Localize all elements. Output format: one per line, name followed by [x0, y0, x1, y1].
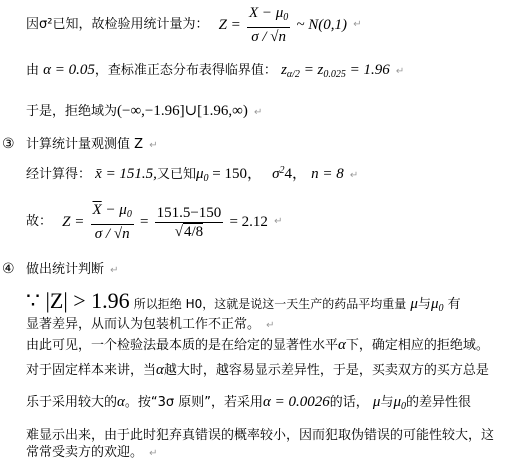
- text: 常常受卖方的欢迎。: [26, 445, 143, 460]
- text: 所以拒绝 H0，这就是说这一天生产的药品平均重量: [134, 297, 406, 311]
- line-remark-3: 乐于采用较大的α。按“3σ 原则”，若采用α = 0.0026的话， μ与μ0的…: [26, 394, 471, 415]
- line-computed-values: 经计算得： x̄ = 151.5,又已知μ0 = 150， σ24， n = 8…: [26, 163, 358, 187]
- frac-denominator: √4/8: [155, 223, 224, 241]
- formula-rejection-region: (−∞,−1.96]∪[1.96,∞): [117, 103, 248, 119]
- mu0-value: = 150，: [208, 166, 261, 182]
- paragraph-mark-icon: ↵: [353, 19, 361, 30]
- paragraph-mark-icon: ↵: [350, 170, 358, 181]
- text: 难显示出来，由于此时犯弃真错误的概率较小，因而犯取伪错误的可能性较大，这: [26, 428, 494, 443]
- line-test-statistic: 因σ²已知，故检验用统计量为： Z = X − μ0 σ / √n ~ N(0,…: [26, 4, 362, 46]
- mu-symbol: μ: [393, 394, 401, 410]
- equals: =: [140, 214, 148, 230]
- step-3-heading: 计算统计量观测值 Z ↵: [26, 137, 158, 154]
- formula-fraction: X − μ0 σ / √n: [91, 201, 134, 243]
- line-remark-1: 由此可见，一个检验法最本质的是在给定的显著性水平α下，确定相应的拒绝域。: [26, 337, 489, 354]
- alpha: α: [338, 337, 346, 353]
- minus-mu: − μ: [102, 202, 127, 218]
- step-number-4: ④: [2, 261, 15, 277]
- mu0: μ0: [196, 166, 209, 182]
- subscript: 0: [283, 12, 288, 23]
- line-z-computation: 故： Z = X − μ0 σ / √n = 151.5−150 √4/8 = …: [26, 201, 282, 243]
- formula-because-z: ∵ |Z| > 1.96: [26, 288, 130, 313]
- alpha-value: α = 0.0026: [263, 394, 330, 410]
- formula-z-critical: zα/2 = z0.025 = 1.96: [281, 62, 390, 78]
- text: 故：: [26, 214, 52, 229]
- frac-denominator: σ / √n: [91, 225, 134, 243]
- text: 的差异性很: [406, 395, 471, 410]
- paragraph-mark-icon: ↵: [149, 448, 157, 459]
- text: 乐于采用较大的: [26, 395, 117, 410]
- paragraph-mark-icon: ↵: [396, 66, 404, 77]
- step-title: 做出统计判断: [26, 262, 104, 277]
- line-critical-value: 由 α = 0.05，查标准正态分布表得临界值： zα/2 = z0.025 =…: [26, 62, 404, 83]
- text: 越大时，越容易显示差异性，于是，买卖双方的买方总是: [164, 363, 489, 378]
- formula-fraction: X − μ0 σ / √n: [247, 4, 290, 46]
- formula-n: n = 8: [311, 166, 344, 182]
- sqrt-content: 4/8: [183, 223, 203, 240]
- alpha: α: [117, 394, 125, 410]
- step-4-heading: 做出统计判断 ↵: [26, 262, 119, 279]
- line-remark-4: 难显示出来，由于此时犯弃真错误的概率较小，因而犯取伪错误的可能性较大，这: [26, 428, 494, 444]
- paragraph-mark-icon: ↵: [254, 107, 262, 118]
- mu: μ: [410, 296, 418, 312]
- text: 的话，: [330, 395, 369, 410]
- text: 有: [448, 297, 461, 312]
- equals-z: = z: [300, 62, 323, 78]
- frac-denominator: σ / √n: [247, 28, 290, 46]
- z-result: = 2.12: [229, 214, 267, 230]
- paragraph-mark-icon: ↵: [149, 140, 157, 151]
- sigma-symbol: σ: [272, 166, 279, 182]
- text: 与: [418, 297, 431, 312]
- text: 显著差异，从而认为包装机工作不正常。: [26, 317, 260, 332]
- paragraph-mark-icon: ↵: [110, 265, 118, 276]
- subscript: 0.025: [323, 69, 346, 80]
- mu-symbol: μ: [431, 296, 439, 312]
- step-title: 计算统计量观测值 Z: [26, 137, 143, 152]
- formula-fraction-numeric: 151.5−150 √4/8: [155, 204, 224, 241]
- text: 于是，拒绝域为: [26, 104, 117, 119]
- subscript: 0: [127, 209, 132, 220]
- text: ，查标准正态分布表得临界值：: [95, 63, 277, 78]
- sigma-squared: σ2: [272, 166, 284, 182]
- text: 。按“3σ 原则”，若采用: [125, 395, 263, 410]
- mu0: μ0: [393, 394, 406, 410]
- text: 又已知: [157, 167, 196, 182]
- line-remark-5: 常常受卖方的欢迎。 ↵: [26, 445, 158, 462]
- line-conclusion: 显著差异，从而认为包装机工作不正常。 ↵: [26, 317, 275, 334]
- formula-z-lhs: Z =: [62, 214, 84, 230]
- text: 与: [380, 395, 393, 410]
- formula-z-lhs: Z =: [219, 17, 241, 33]
- sigma-value: 4，: [285, 166, 308, 182]
- frac-numerator: 151.5−150: [155, 204, 224, 223]
- critical-value: = 1.96: [346, 62, 390, 78]
- text: 经计算得：: [26, 167, 91, 182]
- frac-numerator: X − μ: [249, 5, 283, 21]
- formula-distribution: ~ N(0,1): [296, 17, 347, 33]
- line-rejection-region: 于是，拒绝域为(−∞,−1.96]∪[1.96,∞) ↵: [26, 103, 262, 121]
- formula-alpha: α = 0.05: [43, 62, 95, 78]
- paragraph-mark-icon: ↵: [274, 216, 282, 227]
- xbar: X: [93, 202, 102, 218]
- subscript: 0: [439, 303, 444, 314]
- subscript: α/2: [287, 69, 300, 80]
- text: 由此可见，一个检验法最本质的是在给定的显著性水平: [26, 338, 338, 353]
- formula-xbar: x̄ = 151.5,: [95, 166, 157, 182]
- alpha: α: [156, 362, 164, 378]
- text: 下，确定相应的拒绝域。: [346, 338, 489, 353]
- line-remark-2: 对于固定样本来讲，当α越大时，越容易显示差异性，于是，买卖双方的买方总是: [26, 362, 489, 379]
- paragraph-mark-icon: ↵: [266, 320, 274, 331]
- text: 由: [26, 63, 39, 78]
- text: 因σ²已知，故检验用统计量为：: [26, 17, 208, 32]
- mu0: μ0: [431, 296, 444, 312]
- text: 对于固定样本来讲，当: [26, 363, 156, 378]
- step-number-3: ③: [2, 136, 15, 152]
